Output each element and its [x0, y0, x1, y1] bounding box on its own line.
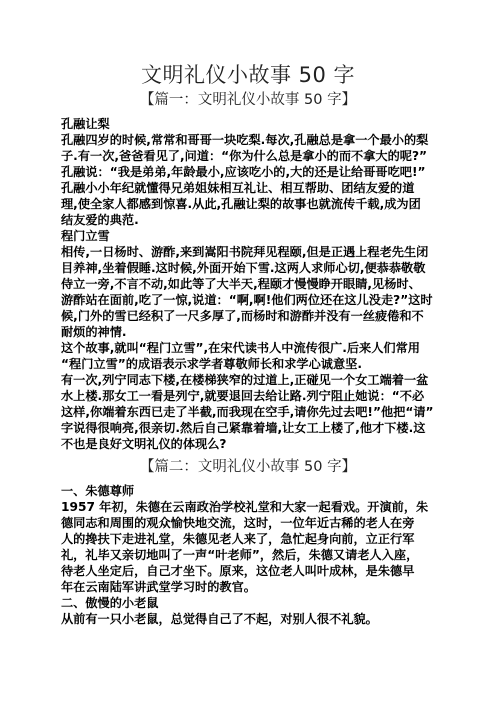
text-line: 孔融四岁的时候,常常和哥哥一块吃梨.每次,孔融总是拿一个最小的梨 — [61, 132, 435, 148]
text-line: 这样,你端着东西已走了半截,而我现在空手,请你先过去吧!”他把“请” — [61, 404, 435, 420]
section-header-1: 【篇一：文明礼仪小故事 50 字】 — [0, 91, 496, 109]
text-line: 孔融小小年纪就懂得兄弟姐妹相互礼让、相互帮助、团结友爱的道 — [61, 180, 435, 196]
text-line: 孔融说：“我是弟弟,年龄最小,应该吃小的,大的还是让给哥哥吃吧!” — [61, 164, 435, 180]
text-line: 从前有一只小老鼠，总觉得自己了不起，对别人很不礼貌。 — [61, 611, 435, 627]
text-line: 待老人坐定后，自己才坐下。原来，这位老人叫叶成林，是朱德早 — [61, 563, 435, 579]
text-line: 德同志和周围的观众愉快地交流，这时，一位年近古稀的老人在旁 — [61, 515, 435, 531]
text-line: “程门立雪”的成语表示求学者尊敬师长和求学心诚意坚. — [61, 356, 435, 372]
document-page: 文明礼仪小故事 50 字 【篇一：文明礼仪小故事 50 字】 孔融让梨 孔融四岁… — [0, 0, 496, 702]
section-header-2: 【篇二：文明礼仪小故事 50 字】 — [0, 458, 496, 476]
story-heading: 程门立雪 — [61, 228, 435, 244]
story-heading: 孔融让梨 — [61, 116, 435, 132]
text-line: 字说得很响亮,很亲切.然后自己紧靠着墙,让女工上楼了,他才下楼.这 — [61, 420, 435, 436]
document-title: 文明礼仪小故事 50 字 — [0, 63, 496, 87]
text-line: 侍立一旁,不言不动,如此等了大半天,程颐才慢慢睁开眼睛,见杨时、 — [61, 276, 435, 292]
story-heading: 二、傲慢的小老鼠 — [61, 595, 435, 611]
text-line: 年在云南陆军讲武堂学习时的教官。 — [61, 579, 435, 595]
text-line: 这个故事,就叫“程门立雪”,在宋代读书人中流传很广.后来人们常用 — [61, 340, 435, 356]
text-line: 游酢站在面前,吃了一惊,说道：“啊,啊!他们两位还在这儿没走?”这时 — [61, 292, 435, 308]
text-line: 礼，礼毕又亲切地叫了一声“叶老师”，然后，朱德又请老人入座， — [61, 547, 435, 563]
text-line: 1957 年初，朱德在云南政治学校礼堂和大家一起看戏。开演前，朱 — [61, 499, 435, 515]
text-line: 目养神,坐着假睡.这时候,外面开始下雪.这两人求师心切,便恭恭敬敬 — [61, 260, 435, 276]
section-body-2: 一、朱德尊师 1957 年初，朱德在云南政治学校礼堂和大家一起看戏。开演前，朱 … — [61, 483, 435, 627]
story-heading: 一、朱德尊师 — [61, 483, 435, 499]
text-line: 不也是良好文明礼仪的体现么? — [61, 436, 435, 452]
text-line: 人的搀扶下走进礼堂，朱德见老人来了，急忙起身向前，立正行军 — [61, 531, 435, 547]
text-line: 相传,一日杨时、游酢,来到嵩阳书院拜见程颐,但是正遇上程老先生闭 — [61, 244, 435, 260]
text-line: 候,门外的雪已经积了一尺多厚了,而杨时和游酢并没有一丝疲倦和不 — [61, 308, 435, 324]
text-line: 子.有一次,爸爸看见了,问道：“你为什么总是拿小的而不拿大的呢?” — [61, 148, 435, 164]
text-line: 有一次,列宁同志下楼,在楼梯狭窄的过道上,正碰见一个女工端着一盆 — [61, 372, 435, 388]
text-line: 耐烦的神情. — [61, 324, 435, 340]
section-body-1: 孔融让梨 孔融四岁的时候,常常和哥哥一块吃梨.每次,孔融总是拿一个最小的梨 子.… — [61, 116, 435, 452]
text-line: 结友爱的典范. — [61, 212, 435, 228]
text-line: 理,使全家人都感到惊喜.从此,孔融让梨的故事也就流传千载,成为团 — [61, 196, 435, 212]
text-line: 水上楼.那女工一看是列宁,就要退回去给让路.列宁阻止她说：“不必 — [61, 388, 435, 404]
